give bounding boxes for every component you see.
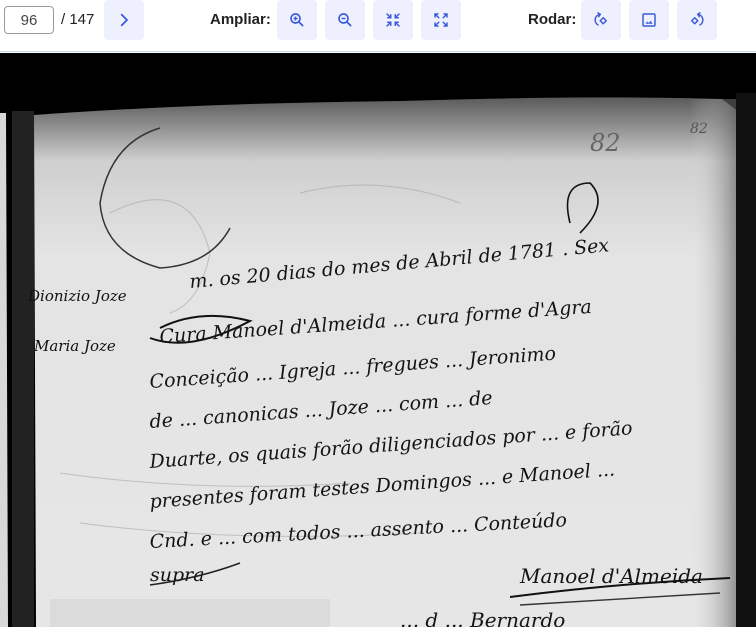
next-page-button[interactable] bbox=[104, 0, 144, 40]
zoom-out-button[interactable] bbox=[325, 0, 365, 40]
folio-number: 82 bbox=[590, 129, 621, 157]
rotate-right-icon bbox=[688, 11, 706, 29]
zoom-label: Ampliar: bbox=[210, 11, 271, 28]
svg-text:Maria Joze: Maria Joze bbox=[33, 337, 116, 355]
reset-view-button[interactable] bbox=[629, 0, 669, 40]
collapse-icon bbox=[384, 11, 402, 29]
svg-text:... d ... Bernardo: ... d ... Bernardo bbox=[400, 608, 565, 627]
page-total: / 147 bbox=[61, 11, 94, 28]
svg-text:supra: supra bbox=[150, 564, 205, 586]
chevron-right-icon bbox=[115, 11, 133, 29]
zoom-in-button[interactable] bbox=[277, 0, 317, 40]
document-viewer[interactable]: 82 82 Dionizio Joze Maria Joze m. os 20 … bbox=[0, 53, 756, 627]
rotate-label: Rodar: bbox=[528, 11, 576, 28]
manuscript-scan: 82 82 Dionizio Joze Maria Joze m. os 20 … bbox=[0, 53, 756, 627]
fullscreen-button[interactable] bbox=[421, 0, 461, 40]
rotate-left-button[interactable] bbox=[581, 0, 621, 40]
zoom-out-icon bbox=[336, 11, 354, 29]
zoom-in-icon bbox=[288, 11, 306, 29]
fit-page-button[interactable] bbox=[373, 0, 413, 40]
rotate-right-button[interactable] bbox=[677, 0, 717, 40]
svg-text:82: 82 bbox=[690, 121, 708, 137]
viewer-toolbar: / 147 Ampliar: Rodar: bbox=[0, 0, 756, 52]
svg-text:Manoel d'Almeida: Manoel d'Almeida bbox=[519, 564, 703, 588]
image-icon bbox=[640, 11, 658, 29]
page-number-input[interactable] bbox=[4, 6, 54, 34]
rotate-left-icon bbox=[592, 11, 610, 29]
svg-text:Dionizio Joze: Dionizio Joze bbox=[27, 287, 127, 305]
expand-icon bbox=[432, 11, 450, 29]
